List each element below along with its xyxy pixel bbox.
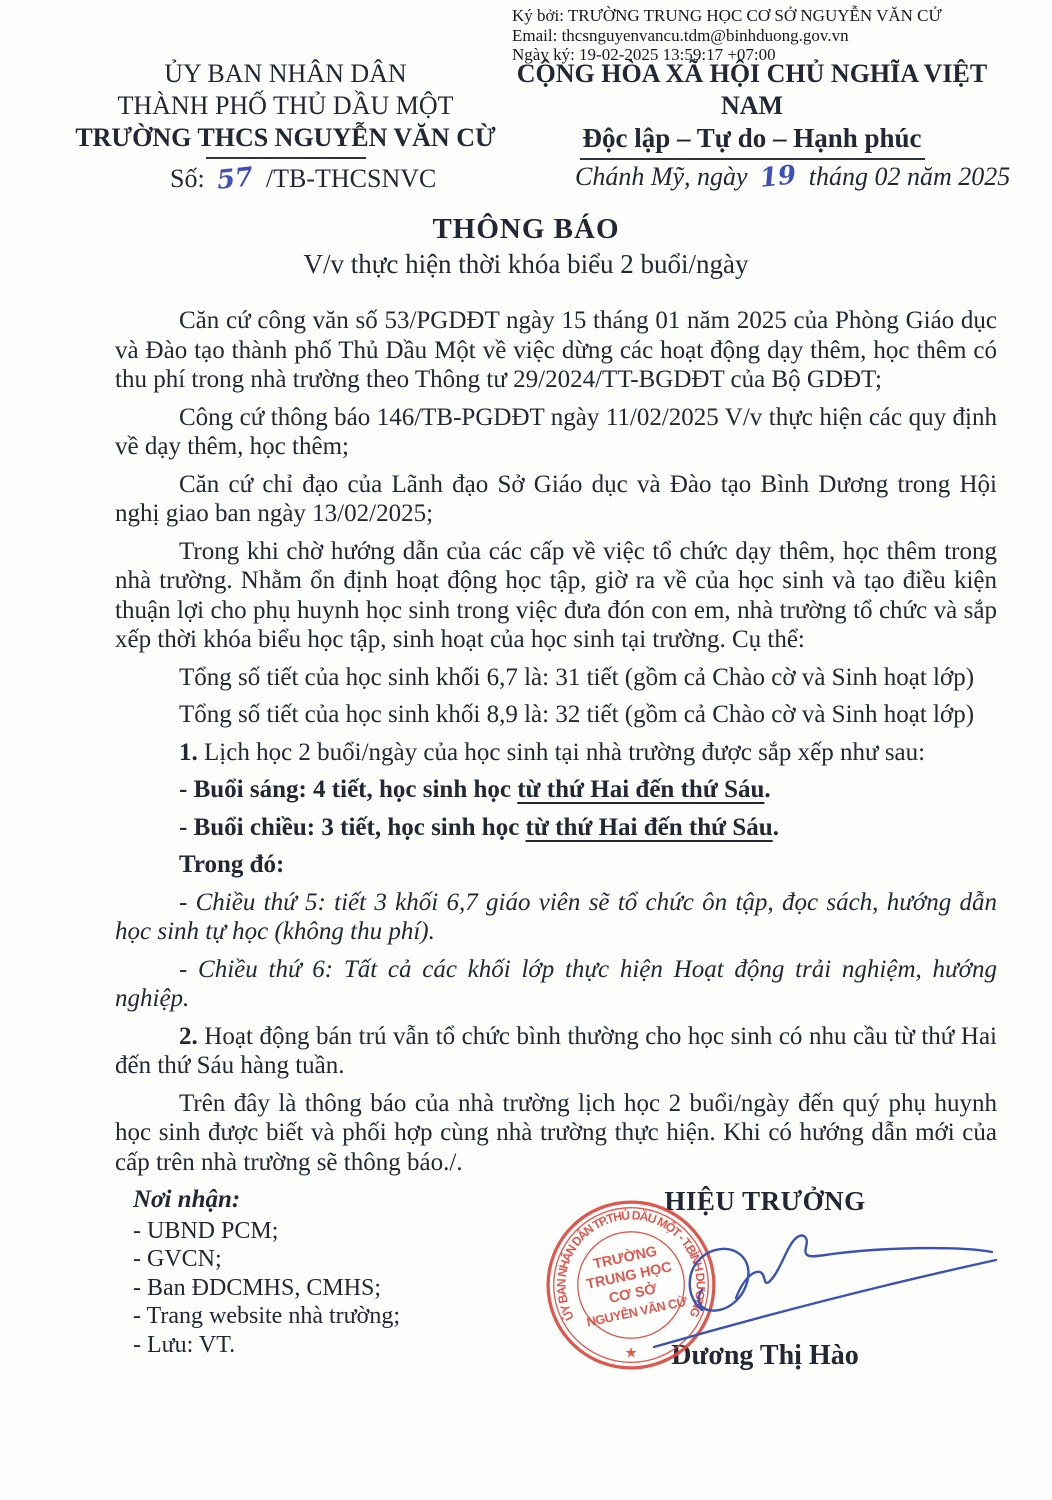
item-1-number: 1. [179, 739, 198, 766]
signature-loop-stroke [690, 1249, 749, 1311]
recipient-item: - Trang website nhà trường; [133, 1302, 400, 1331]
document-subtitle: V/v thực hiện thời khóa biểu 2 buổi/ngày [0, 249, 1052, 280]
afternoon-underlined: từ thứ Hai đến thứ Sáu [526, 814, 773, 841]
afternoon-lead: - Buổi chiều: 3 tiết, học sinh học [179, 814, 526, 841]
item-2-boarding: 2. Hoạt động bán trú vẫn tổ chức bình th… [115, 1022, 997, 1081]
doc-number-prefix: Số: [170, 164, 205, 193]
morning-end: . [764, 776, 770, 803]
authority-line1: ỦY BAN NHÂN DÂN [58, 58, 513, 90]
digital-signature-email: Email: thcsnguyenvancu.tdm@binhduong.gov… [512, 26, 942, 46]
authority-line2: THÀNH PHỐ THỦ DẦU MỘT [58, 90, 513, 122]
header-issuing-authority: ỦY BAN NHÂN DÂN THÀNH PHỐ THỦ DẦU MỘT TR… [58, 58, 513, 159]
line-total-periods-67: Tổng số tiết của học sinh khối 6,7 là: 3… [115, 663, 997, 693]
recipient-item: - GVCN; [133, 1245, 400, 1274]
paragraph-context: Trong khi chờ hướng dẫn của các cấp về v… [115, 537, 997, 655]
line-total-periods-89: Tổng số tiết của học sinh khối 8,9 là: 3… [115, 700, 997, 730]
signature-letters-stroke [736, 1236, 992, 1298]
date-handwritten-day: 19 [759, 160, 798, 194]
paragraph-thursday-detail: - Chiều thứ 5: tiết 3 khối 6,7 giáo viên… [115, 888, 997, 947]
document-body: Căn cứ công văn số 53/PGDĐT ngày 15 thán… [115, 306, 997, 1185]
item-2-number: 2. [179, 1023, 198, 1050]
header-right-rule [580, 158, 925, 160]
paragraph-closing: Trên đây là thông báo của nhà trường lịc… [115, 1089, 997, 1178]
school-name: TRƯỜNG THCS NGUYỄN VĂN CỪ [58, 122, 513, 154]
date-after: tháng 02 năm 2025 [809, 162, 1011, 191]
item-1-text: Lịch học 2 buổi/ngày của học sinh tại nh… [198, 739, 925, 766]
morning-underlined: từ thứ Hai đến thứ Sáu [517, 776, 764, 803]
digital-signature-block: Ký bởi: TRƯỜNG TRUNG HỌC CƠ SỞ NGUYỄN VĂ… [512, 6, 942, 65]
paragraph-basis-2: Công cứ thông báo 146/TB-PGDĐT ngày 11/0… [115, 403, 997, 462]
motto-line: Độc lập – Tự do – Hạnh phúc [502, 122, 1002, 154]
recipients-label: Nơi nhận: [133, 1186, 400, 1215]
line-friday-detail: - Chiều thứ 6: Tất cả các khối lớp thực … [115, 955, 997, 1014]
doc-number-suffix: /TB-THCSNVC [266, 164, 436, 193]
stamp-star-icon: ★ [625, 1346, 638, 1362]
item-1-schedule: 1. Lịch học 2 buổi/ngày của học sinh tại… [115, 738, 997, 768]
signature-tail-stroke [654, 1260, 996, 1347]
document-title-block: THÔNG BÁO V/v thực hiện thời khóa biểu 2… [0, 213, 1052, 280]
date-before: Chánh Mỹ, ngày [575, 162, 748, 191]
header-left-rule [206, 157, 366, 159]
recipient-item: - UBND PCM; [133, 1217, 400, 1246]
recipients-block: Nơi nhận: - UBND PCM; - GVCN; - Ban ĐDCM… [133, 1186, 400, 1359]
header-national-title: CỘNG HÒA XÃ HỘI CHỦ NGHĨA VIỆT NAM Độc l… [502, 58, 1002, 160]
recipient-item: - Ban ĐDCMHS, CMHS; [133, 1274, 400, 1303]
afternoon-end: . [773, 814, 779, 841]
doc-number-handwritten: 57 [216, 162, 255, 196]
morning-lead: - Buổi sáng: 4 tiết, học sinh học [179, 776, 517, 803]
line-trong-do: Trong đó: [115, 850, 997, 880]
place-date-line: Chánh Mỹ, ngày 19 tháng 02 năm 2025 [575, 162, 1010, 192]
recipient-item: - Lưu: VT. [133, 1331, 400, 1360]
digital-signature-signer: Ký bởi: TRƯỜNG TRUNG HỌC CƠ SỞ NGUYỄN VĂ… [512, 6, 942, 26]
nation-line: CỘNG HÒA XÃ HỘI CHỦ NGHĨA VIỆT NAM [502, 58, 1002, 122]
scanned-document-page: Ký bởi: TRƯỜNG TRUNG HỌC CƠ SỞ NGUYỄN VĂ… [0, 0, 1052, 1500]
line-morning-session: - Buổi sáng: 4 tiết, học sinh học từ thứ… [115, 775, 997, 805]
handwritten-signature [640, 1210, 1020, 1360]
paragraph-basis-1: Căn cứ công văn số 53/PGDĐT ngày 15 thán… [115, 306, 997, 395]
document-title: THÔNG BÁO [0, 213, 1052, 246]
document-number: Số: 57 /TB-THCSNVC [170, 164, 436, 194]
item-2-text: Hoạt động bán trú vẫn tổ chức bình thườn… [115, 1023, 997, 1080]
line-afternoon-session: - Buổi chiều: 3 tiết, học sinh học từ th… [115, 813, 997, 843]
paragraph-basis-3: Căn cứ chỉ đạo của Lãnh đạo Sở Giáo dục … [115, 470, 997, 529]
